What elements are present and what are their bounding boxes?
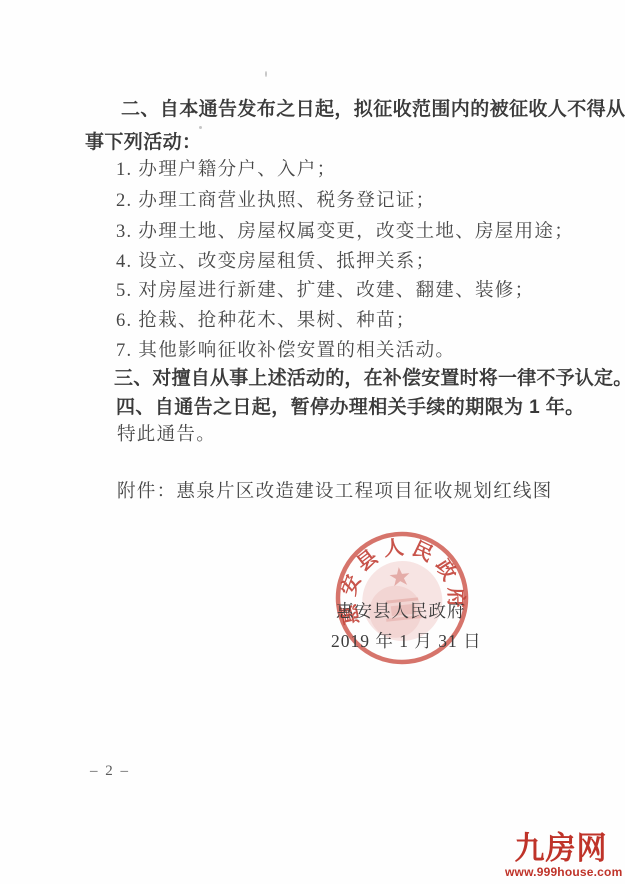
- list-item-5: 5. 对房屋进行新建、扩建、改建、翻建、装修；: [116, 276, 534, 302]
- list-item-1: 1. 办理户籍分户、入户；: [116, 155, 336, 181]
- section-four: 四、自通告之日起，暂停办理相关手续的期限为 1 年。: [116, 392, 585, 419]
- watermark-site-url: www.999house.com: [505, 866, 617, 878]
- document-page: 二、自本通告发布之日起，拟征收范围内的被征收人不得从 事下列活动： 1. 办理户…: [0, 0, 625, 884]
- list-item-2: 2. 办理工商营业执照、税务登记证；: [116, 186, 435, 212]
- section-two-line1: 二、自本通告发布之日起，拟征收范围内的被征收人不得从: [121, 94, 625, 121]
- section-two-line2: 事下列活动：: [85, 127, 201, 154]
- list-item-3: 3. 办理土地、房屋权属变更，改变土地、房屋用途；: [116, 217, 574, 243]
- list-item-4: 4. 设立、改变房屋租赁、抵押关系；: [116, 247, 435, 273]
- watermark-logo-text: 九房网: [505, 833, 617, 865]
- scan-speck: [265, 71, 267, 77]
- issue-date: 2019 年 1 月 31 日: [331, 628, 482, 653]
- list-item-6: 6. 抢栽、抢种花木、果树、种苗；: [116, 306, 416, 332]
- watermark: 九房网 www.999house.com: [505, 834, 617, 878]
- section-three: 三、对擅自从事上述活动的，在补偿安置时将一律不予认定。: [114, 363, 625, 390]
- page-number: – 2 –: [90, 763, 130, 780]
- issuer-name: 惠安县人民政府: [336, 598, 466, 623]
- closing-line: 特此通告。: [117, 420, 216, 446]
- list-item-7: 7. 其他影响征收补偿安置的相关活动。: [116, 336, 455, 362]
- attachment-line: 附件：惠泉片区改造建设工程项目征收规划红线图: [117, 477, 553, 503]
